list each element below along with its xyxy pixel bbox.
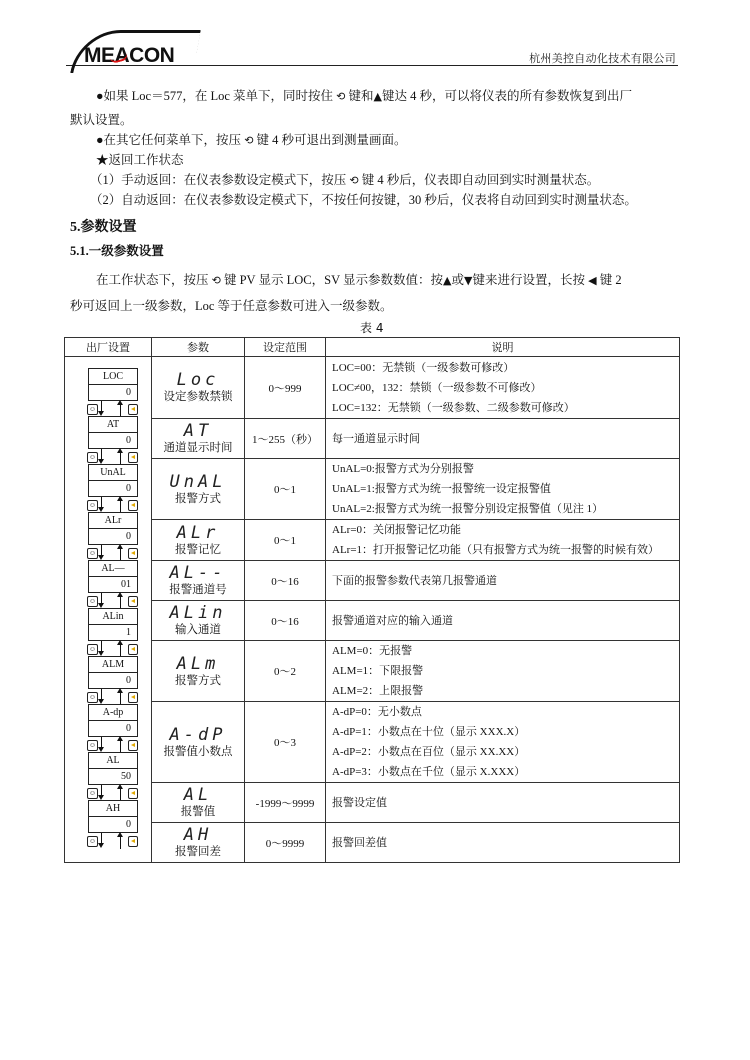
table-row: ALr报警记忆 0～1 ALr=0：关闭报警记忆功能 ALr=1：打开报警记忆功… xyxy=(65,520,680,561)
document-page: MEACON 杭州美控自动化技术有限公司 ●如果 Loc＝577，在 Loc 菜… xyxy=(0,0,750,1060)
arrow-down-icon xyxy=(101,593,102,605)
param-cell: AL--报警通道号 xyxy=(152,561,245,601)
flow-box-name: AH xyxy=(89,801,137,817)
param-name: 报警方式 xyxy=(152,492,244,507)
flow-box-al: AL50 xyxy=(88,752,138,785)
flow-box-value: 50 xyxy=(89,769,137,784)
desc-line: ALr=1：打开报警记忆功能（只有报警方式为统一报警的时候有效） xyxy=(332,540,679,560)
left-key-icon xyxy=(128,452,138,463)
range-cell: 1～255（秒） xyxy=(245,419,326,459)
param-name: 报警值小数点 xyxy=(152,745,244,760)
flow-box-value: 0 xyxy=(89,817,137,832)
desc-line: ALr=0：关闭报警记忆功能 xyxy=(332,520,679,540)
set-key-icon: ⟲ xyxy=(349,174,358,187)
flow-box-alr: ALr0 xyxy=(88,512,138,545)
desc-cell: 每一通道显示时间 xyxy=(326,419,680,459)
parameter-table: 出厂设置 参数 设定范围 说明 Loc设定参数禁锁 0～999 LOC=00：无… xyxy=(64,337,680,863)
flow-box-alin: ALin1 xyxy=(88,608,138,641)
desc-line: 报警设定值 xyxy=(332,793,679,813)
flow-arrows: ☺ xyxy=(88,641,136,657)
arrow-down-icon xyxy=(101,641,102,653)
flow-arrows: ☺ xyxy=(88,737,136,753)
param-name: 设定参数禁锁 xyxy=(152,390,244,405)
flow-box-name: UnAL xyxy=(89,465,137,481)
desc-cell: ALM=0：无报警 ALM=1：下限报警 ALM=2：上限报警 xyxy=(326,641,680,702)
set-key-icon: ⟲ xyxy=(336,90,345,103)
return-title: ★返回工作状态 xyxy=(96,152,184,168)
segment-display: A-dP xyxy=(152,725,244,745)
arrow-down-icon xyxy=(101,689,102,701)
desc-cell: LOC=00：无禁锁（一级参数可修改） LOC≠00，132：禁锁（一级参数不可… xyxy=(326,357,680,419)
param-name: 报警方式 xyxy=(152,674,244,689)
text: 或 xyxy=(451,273,464,287)
flow-box-value: 0 xyxy=(89,529,137,544)
desc-line: LOC=132：无禁锁（一级参数、二级参数可修改） xyxy=(332,398,679,418)
flow-box-value: 0 xyxy=(89,433,137,448)
set-key-icon: ⟲ xyxy=(212,274,221,287)
range-cell: 0～999 xyxy=(245,357,326,419)
param-cell: ALin输入通道 xyxy=(152,601,245,641)
return-manual: （1）手动返回：在仪表参数设定模式下，按压 ⟲ 键 4 秒后，仪表即自动回到实时… xyxy=(90,172,599,189)
table-row: AL--报警通道号 0～16 下面的报警参数代表第几报警通道 xyxy=(65,561,680,601)
desc-line: 报警回差值 xyxy=(332,833,679,853)
flow-box-name: ALin xyxy=(89,609,137,625)
left-key-icon xyxy=(128,404,138,415)
segment-display: ALm xyxy=(152,654,244,674)
table-row: AH报警回差 0～9999 报警回差值 xyxy=(65,823,680,863)
flow-box-name: LOC xyxy=(89,369,137,385)
text: 键 PV 显示 LOC，SV 显示参数数值：按 xyxy=(221,273,443,287)
range-cell: 0～1 xyxy=(245,520,326,561)
param-name: 报警回差 xyxy=(152,845,244,860)
flow-box-name: AL xyxy=(89,753,137,769)
bullet-restore-defaults-cont: 默认设置。 xyxy=(70,112,133,128)
flow-box-name: AT xyxy=(89,417,137,433)
param-cell: AT通道显示时间 xyxy=(152,419,245,459)
desc-cell: ALr=0：关闭报警记忆功能 ALr=1：打开报警记忆功能（只有报警方式为统一报… xyxy=(326,520,680,561)
header-range: 设定范围 xyxy=(245,338,326,357)
left-key-icon xyxy=(128,740,138,751)
header-factory-setting: 出厂设置 xyxy=(65,338,152,357)
arrow-down-icon xyxy=(101,833,102,845)
desc-cell: 报警设定值 xyxy=(326,783,680,823)
flow-box-at: AT0 xyxy=(88,416,138,449)
table-caption: 表 4 xyxy=(360,319,383,336)
flow-box-value: 0 xyxy=(89,673,137,688)
desc-line: A-dP=2：小数点在百位（显示 XX.XX） xyxy=(332,742,679,762)
desc-cell: 下面的报警参数代表第几报警通道 xyxy=(326,561,680,601)
desc-line: A-dP=1：小数点在十位（显示 XXX.X） xyxy=(332,722,679,742)
flow-box-name: ALr xyxy=(89,513,137,529)
set-key-icon: ☺ xyxy=(87,404,98,415)
range-cell: 0～16 xyxy=(245,561,326,601)
flow-box-value: 0 xyxy=(89,721,137,736)
left-key-icon xyxy=(128,548,138,559)
flow-arrows: ☺ xyxy=(88,785,136,801)
set-key-icon: ☺ xyxy=(87,500,98,511)
arrow-down-icon xyxy=(101,545,102,557)
table-row: Loc设定参数禁锁 0～999 LOC=00：无禁锁（一级参数可修改） LOC≠… xyxy=(65,357,680,419)
flow-arrows: ☺ xyxy=(88,497,136,513)
text: 键来进行设置，长按 xyxy=(472,273,588,287)
desc-cell: UnAL=0:报警方式为分别报警 UnAL=1:报警方式为统一报警统一设定报警值… xyxy=(326,459,680,520)
param-name: 报警值 xyxy=(152,805,244,820)
desc-cell: 报警通道对应的输入通道 xyxy=(326,601,680,641)
flow-box-al-channel: AL—01 xyxy=(88,560,138,593)
text: ●在其它任何菜单下，按压 xyxy=(96,133,244,147)
param-cell: A-dP报警值小数点 xyxy=(152,702,245,783)
flow-arrows: ☺ xyxy=(88,689,136,705)
flow-box-ah: AH0 xyxy=(88,800,138,833)
set-key-icon: ☺ xyxy=(87,692,98,703)
segment-display: AT xyxy=(152,421,244,441)
param-name: 报警记忆 xyxy=(152,543,244,558)
segment-display: AL xyxy=(152,785,244,805)
set-key-icon: ☺ xyxy=(87,596,98,607)
table-row: AT通道显示时间 1～255（秒） 每一通道显示时间 xyxy=(65,419,680,459)
table-header-row: 出厂设置 参数 设定范围 说明 xyxy=(65,338,680,357)
flow-box-value: 1 xyxy=(89,625,137,640)
arrow-down-icon xyxy=(101,785,102,797)
return-auto: （2）自动返回：在仪表参数设定模式下，不按任何按键，30 秒后，仪表将自动回到实… xyxy=(90,192,637,208)
flow-box-adp: A-dp0 xyxy=(88,704,138,737)
arrow-down-icon xyxy=(101,737,102,749)
flow-box-name: ALM xyxy=(89,657,137,673)
text: 键 4 秒可退出到测量画面。 xyxy=(253,133,406,147)
page-header: MEACON 杭州美控自动化技术有限公司 xyxy=(66,22,678,66)
flow-box-name: A-dp xyxy=(89,705,137,721)
param-cell: Loc设定参数禁锁 xyxy=(152,357,245,419)
param-cell: UnAL报警方式 xyxy=(152,459,245,520)
desc-line: 下面的报警参数代表第几报警通道 xyxy=(332,571,679,591)
segment-display: AL-- xyxy=(152,563,244,583)
bullet-exit-menu: ●在其它任何菜单下，按压 ⟲ 键 4 秒可退出到测量画面。 xyxy=(96,132,407,149)
left-key-icon xyxy=(128,500,138,511)
desc-line: ALM=1：下限报警 xyxy=(332,661,679,681)
segment-display: Loc xyxy=(152,370,244,390)
range-cell: 0～2 xyxy=(245,641,326,702)
desc-line: LOC=00：无禁锁（一级参数可修改） xyxy=(332,358,679,378)
text: 在工作状态下，按压 xyxy=(96,273,212,287)
text: 键达 4 秒，可以将仪表的所有参数恢复到出厂 xyxy=(382,89,632,103)
segment-display: AH xyxy=(152,825,244,845)
left-key-icon: ◀ xyxy=(588,274,596,287)
table-row: ALm报警方式 0～2 ALM=0：无报警 ALM=1：下限报警 ALM=2：上… xyxy=(65,641,680,702)
desc-line: A-dP=0：无小数点 xyxy=(332,702,679,722)
set-key-icon: ☺ xyxy=(87,836,98,847)
param-cell: ALm报警方式 xyxy=(152,641,245,702)
bullet-restore-defaults: ●如果 Loc＝577，在 Loc 菜单下，同时按住 ⟲ 键和▲键达 4 秒，可… xyxy=(96,88,632,105)
arrow-up-icon xyxy=(120,837,121,849)
left-key-icon xyxy=(128,644,138,655)
up-key-icon: ▲ xyxy=(374,90,382,103)
section-title: 5.参数设置 xyxy=(70,216,137,236)
desc-line: ALM=0：无报警 xyxy=(332,641,679,661)
table-row: UnAL报警方式 0～1 UnAL=0:报警方式为分别报警 UnAL=1:报警方… xyxy=(65,459,680,520)
range-cell: 0～9999 xyxy=(245,823,326,863)
meacon-logo: MEACON xyxy=(72,24,202,66)
flow-arrows: ☺ xyxy=(88,593,136,609)
param-cell: AL报警值 xyxy=(152,783,245,823)
text: 键和 xyxy=(345,89,373,103)
logo-text: MEACON xyxy=(84,44,174,68)
left-key-icon xyxy=(128,692,138,703)
header-parameter: 参数 xyxy=(152,338,245,357)
range-cell: 0～3 xyxy=(245,702,326,783)
segment-display: ALin xyxy=(152,603,244,623)
company-name: 杭州美控自动化技术有限公司 xyxy=(529,50,676,66)
flow-box-value: 0 xyxy=(89,385,137,400)
segment-display: ALr xyxy=(152,523,244,543)
section-paragraph: 在工作状态下，按压 ⟲ 键 PV 显示 LOC，SV 显示参数数值：按▲或▼键来… xyxy=(96,272,622,289)
param-name: 输入通道 xyxy=(152,623,244,638)
param-name: 报警通道号 xyxy=(152,583,244,598)
desc-line: 每一通道显示时间 xyxy=(332,429,679,449)
param-cell: AH报警回差 xyxy=(152,823,245,863)
range-cell: 0～1 xyxy=(245,459,326,520)
desc-line: A-dP=3：小数点在千位（显示 X.XXX） xyxy=(332,762,679,782)
set-key-icon: ☺ xyxy=(87,644,98,655)
arrow-down-icon xyxy=(101,497,102,509)
range-cell: 0～16 xyxy=(245,601,326,641)
header-description: 说明 xyxy=(326,338,680,357)
text: ●如果 Loc＝577，在 Loc 菜单下，同时按住 xyxy=(96,89,336,103)
section-paragraph-cont: 秒可返回上一级参数，Loc 等于任意参数可进入一级参数。 xyxy=(70,298,393,314)
left-key-icon xyxy=(128,596,138,607)
desc-line: UnAL=0:报警方式为分别报警 xyxy=(332,459,679,479)
flow-arrows: ☺ xyxy=(88,833,136,849)
desc-cell: 报警回差值 xyxy=(326,823,680,863)
flow-arrows: ☺ xyxy=(88,449,136,465)
flow-arrows: ☺ xyxy=(88,401,136,417)
desc-line: 报警通道对应的输入通道 xyxy=(332,611,679,631)
text: 键 4 秒后，仪表即自动回到实时测量状态。 xyxy=(359,173,600,187)
desc-line: ALM=2：上限报警 xyxy=(332,681,679,701)
arrow-down-icon xyxy=(101,401,102,413)
set-key-icon: ☺ xyxy=(87,788,98,799)
flow-box-value: 0 xyxy=(89,481,137,496)
text: （1）手动返回：在仪表参数设定模式下，按压 xyxy=(90,173,349,187)
flow-box-unal: UnAL0 xyxy=(88,464,138,497)
flow-box-value: 01 xyxy=(89,577,137,592)
param-cell: ALr报警记忆 xyxy=(152,520,245,561)
set-key-icon: ☺ xyxy=(87,740,98,751)
left-key-icon xyxy=(128,836,138,847)
table-row: AL报警值 -1999～9999 报警设定值 xyxy=(65,783,680,823)
left-key-icon xyxy=(128,788,138,799)
flow-box-loc: LOC0 xyxy=(88,368,138,401)
desc-line: LOC≠00，132：禁锁（一级参数不可修改） xyxy=(332,378,679,398)
flow-box-alm: ALM0 xyxy=(88,656,138,689)
param-name: 通道显示时间 xyxy=(152,441,244,456)
desc-line: UnAL=1:报警方式为统一报警统一设定报警值 xyxy=(332,479,679,499)
set-key-icon: ☺ xyxy=(87,548,98,559)
desc-cell: A-dP=0：无小数点 A-dP=1：小数点在十位（显示 XXX.X） A-dP… xyxy=(326,702,680,783)
arrow-down-icon xyxy=(101,449,102,461)
subsection-title: 5.1.一级参数设置 xyxy=(70,241,164,259)
segment-display: UnAL xyxy=(152,472,244,492)
desc-line: UnAL=2:报警方式为统一报警分别设定报警值（见注 1） xyxy=(332,499,679,519)
text: 键 2 xyxy=(597,273,622,287)
flow-box-name: AL— xyxy=(89,561,137,577)
range-cell: -1999～9999 xyxy=(245,783,326,823)
table-row: A-dP报警值小数点 0～3 A-dP=0：无小数点 A-dP=1：小数点在十位… xyxy=(65,702,680,783)
set-key-icon: ☺ xyxy=(87,452,98,463)
table-row: ALin输入通道 0～16 报警通道对应的输入通道 xyxy=(65,601,680,641)
flow-arrows: ☺ xyxy=(88,545,136,561)
